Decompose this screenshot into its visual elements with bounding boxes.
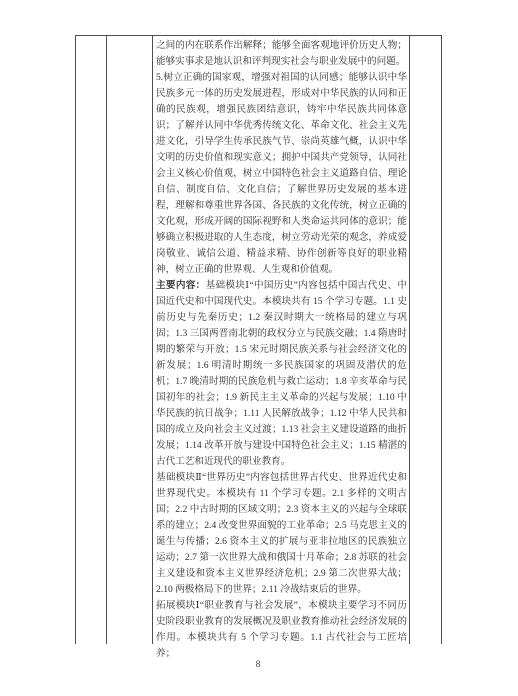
page-number: 8 xyxy=(0,659,516,669)
main-content-label: 主要内容： xyxy=(156,280,206,291)
paragraph-text: 基础模块Ⅱ“世界历史”内容包括世界古代史、世界近代史和世界现代史。本模块有 11… xyxy=(156,472,407,595)
paragraph-main-content: 主要内容：基础模块Ⅰ“中国历史”内容包括中国古代史、中国近代史和中国现代史。本模… xyxy=(156,278,407,470)
document-page: 之间的内在联系作出解释；能够全面客观地评价历史人物；能够实事求是地认识和评判现实… xyxy=(0,0,518,696)
table-cell-empty-left-1 xyxy=(76,36,107,644)
paragraph-text: 之间的内在联系作出解释；能够全面客观地评价历史人物；能够实事求是地认识和评判现实… xyxy=(156,40,407,67)
paragraph-extension-module-1: 拓展模块Ⅰ“职业教育与社会发展”，本模块主要学习不同历史阶段职业教育的发展概况及… xyxy=(156,598,407,662)
table-cell-empty-right xyxy=(410,36,442,644)
paragraph-text: 拓展模块Ⅰ“职业教育与社会发展”，本模块主要学习不同历史阶段职业教育的发展概况及… xyxy=(156,600,407,659)
table-cell-content: 之间的内在联系作出解释；能够全面客观地评价历史人物；能够实事求是地认识和评判现实… xyxy=(153,36,410,644)
paragraph-text: 5.树立正确的国家观，增强对祖国的认同感；能够认识中华民族多元一体的历史发展进程… xyxy=(156,72,407,275)
paragraph-continuation: 之间的内在联系作出解释；能够全面客观地评价历史人物；能够实事求是地认识和评判现实… xyxy=(156,38,407,70)
table-cell-empty-left-2 xyxy=(107,36,153,644)
paragraph-item-5-national-outlook: 5.树立正确的国家观，增强对祖国的认同感；能够认识中华民族多元一体的历史发展进程… xyxy=(156,70,407,278)
paragraph-basic-module-2-world-history: 基础模块Ⅱ“世界历史”内容包括世界古代史、世界近代史和世界现代史。本模块有 11… xyxy=(156,470,407,598)
curriculum-table: 之间的内在联系作出解释；能够全面客观地评价历史人物；能够实事求是地认识和评判现实… xyxy=(75,35,442,644)
paragraph-text: 基础模块Ⅰ“中国历史”内容包括中国古代史、中国近代史和中国现代史。本模块共有 1… xyxy=(156,280,407,467)
